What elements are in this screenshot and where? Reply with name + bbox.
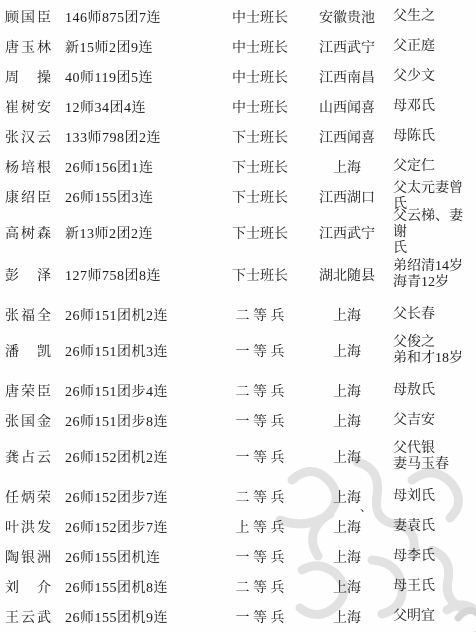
rank-cell: 二 等 兵 [215, 381, 305, 401]
table-row: 刘 介 26师155团机8连 二 等 兵 上海 母王氏 [0, 572, 476, 602]
place-cell: 上海 [305, 411, 389, 431]
table-row: 康绍臣 26师155团3连 下士班长 江西湖口 父太元妻曾氏 [0, 182, 476, 212]
name-cell: 周 操 [0, 67, 65, 87]
name-cell: 杨培根 [0, 157, 65, 177]
rank-cell: 下士班长 [215, 127, 305, 147]
family-cell: 父长春 [389, 307, 476, 323]
rank-cell: 上 等 兵 [215, 517, 305, 537]
rank-cell: 中士班长 [215, 67, 305, 87]
place-cell: 上海 [305, 547, 389, 567]
family-cell: 母李氏 [389, 549, 476, 565]
table-row: 杨培根 26师156团1连 下士班长 上海 父定仁 [0, 152, 476, 182]
table-row: 王云武 26师155团机9连 一 等 兵 上海 父明宜 [0, 602, 476, 632]
casualty-table: 顾国臣 146师875团7连 中士班长 安徽贵池 父生之 唐玉林 新15师2团9… [0, 0, 476, 632]
table-row: 顾国臣 146师875团7连 中士班长 安徽贵池 父生之 [0, 2, 476, 32]
place-cell: 上海 [305, 607, 389, 627]
unit-cell: 26师155团3连 [65, 187, 215, 207]
unit-cell: 133师798团2连 [65, 127, 215, 147]
table-row: 唐荣臣 26师151团步4连 二 等 兵 上海 母敖氏 [0, 376, 476, 406]
name-cell: 任炳荣 [0, 487, 65, 507]
unit-cell: 26师151团步4连 [65, 381, 215, 401]
name-cell: 潘 凯 [0, 341, 65, 361]
unit-cell: 26师151团步8连 [65, 411, 215, 431]
name-cell: 唐荣臣 [0, 381, 65, 401]
name-cell: 陶银洲 [0, 547, 65, 567]
rank-cell: 一 等 兵 [215, 447, 305, 467]
table-row: 陶银洲 26师155团机连 一 等 兵 上海 母李氏 [0, 542, 476, 572]
place-cell: 上海 [305, 447, 389, 467]
family-cell: 父生之 [389, 9, 476, 25]
unit-cell: 40师119团5连 [65, 67, 215, 87]
place-cell: 江西武宁 [305, 223, 389, 243]
unit-cell: 26师155团机连 [65, 547, 215, 567]
family-cell: 父云梯、妻谢 氏 [389, 209, 476, 257]
unit-cell: 26师152团机2连 [65, 447, 215, 467]
family-cell: 母敖氏 [389, 383, 476, 399]
table-row: 潘 凯 26师151团机3连 一 等 兵 上海 父俊之 弟和才18岁 [0, 330, 476, 372]
rank-cell: 一 等 兵 [215, 341, 305, 361]
rank-cell: 下士班长 [215, 265, 305, 285]
place-cell: 上海 [305, 577, 389, 597]
rank-cell: 一 等 兵 [215, 411, 305, 431]
place-cell: 江西南昌 [305, 67, 389, 87]
family-cell: 父明宜 [389, 609, 476, 625]
name-cell: 张国金 [0, 411, 65, 431]
scanned-roster-page: 、 顾国臣 146师875团7连 中士班长 安徽贵池 父生之 唐玉林 新15师2… [0, 0, 476, 632]
unit-cell: 12师34团4连 [65, 97, 215, 117]
table-row: 周 操 40师119团5连 中士班长 江西南昌 父少文 [0, 62, 476, 92]
place-cell: 安徽贵池 [305, 7, 389, 27]
unit-cell: 新15师2团9连 [65, 37, 215, 57]
rank-cell: 二 等 兵 [215, 487, 305, 507]
family-cell: 母刘氏 [389, 489, 476, 505]
family-cell: 父吉安 [389, 413, 476, 429]
unit-cell: 新13师2团2连 [65, 223, 215, 243]
unit-cell: 26师152团步7连 [65, 487, 215, 507]
name-cell: 刘 介 [0, 577, 65, 597]
rank-cell: 一 等 兵 [215, 607, 305, 627]
name-cell: 龚占云 [0, 447, 65, 467]
table-row: 彭 泽 127师758团8连 下士班长 湖北随县 弟绍清14岁 海青12岁 [0, 254, 476, 296]
table-row: 张国金 26师151团步8连 一 等 兵 上海 父吉安 [0, 406, 476, 436]
place-cell: 江西湖口 [305, 187, 389, 207]
rank-cell: 中士班长 [215, 7, 305, 27]
rank-cell: 下士班长 [215, 223, 305, 243]
unit-cell: 26师156团1连 [65, 157, 215, 177]
name-cell: 彭 泽 [0, 265, 65, 285]
rank-cell: 二 等 兵 [215, 305, 305, 325]
rank-cell: 下士班长 [215, 187, 305, 207]
table-row: 龚占云 26师152团机2连 一 等 兵 上海 父代银 妻马玉春 [0, 436, 476, 478]
family-cell: 母邓氏 [389, 99, 476, 115]
name-cell: 康绍臣 [0, 187, 65, 207]
family-cell: 母陈氏 [389, 129, 476, 145]
unit-cell: 26师155团机8连 [65, 577, 215, 597]
unit-cell: 127师758团8连 [65, 265, 215, 285]
unit-cell: 146师875团7连 [65, 7, 215, 27]
place-cell: 湖北随县 [305, 265, 389, 285]
rank-cell: 二 等 兵 [215, 577, 305, 597]
table-row: 张福全 26师151团机2连 二 等 兵 上海 父长春 [0, 300, 476, 330]
place-cell: 江西武宁 [305, 37, 389, 57]
name-cell: 叶洪发 [0, 517, 65, 537]
place-cell: 上海 [305, 487, 389, 507]
name-cell: 王云武 [0, 607, 65, 627]
place-cell: 上海 [305, 157, 389, 177]
family-cell: 父少文 [389, 69, 476, 85]
table-row: 叶洪发 26师152团步7连 上 等 兵 上海 妻袁氏 [0, 512, 476, 542]
family-cell: 父俊之 弟和才18岁 [389, 335, 476, 367]
name-cell: 顾国臣 [0, 7, 65, 27]
rank-cell: 一 等 兵 [215, 547, 305, 567]
name-cell: 张汉云 [0, 127, 65, 147]
place-cell: 江西闻喜 [305, 127, 389, 147]
place-cell: 上海 [305, 381, 389, 401]
family-cell: 弟绍清14岁 海青12岁 [389, 259, 476, 291]
rank-cell: 下士班长 [215, 157, 305, 177]
place-cell: 上海 [305, 305, 389, 325]
family-cell: 母王氏 [389, 579, 476, 595]
table-row: 唐玉林 新15师2团9连 中士班长 江西武宁 父正庭 [0, 32, 476, 62]
rank-cell: 中士班长 [215, 97, 305, 117]
unit-cell: 26师155团机9连 [65, 607, 215, 627]
name-cell: 高树森 [0, 223, 65, 243]
place-cell: 上海 [305, 341, 389, 361]
unit-cell: 26师151团机2连 [65, 305, 215, 325]
place-cell: 山西闻喜 [305, 97, 389, 117]
family-cell: 父代银 妻马玉春 [389, 441, 476, 473]
table-row: 崔树安 12师34团4连 中士班长 山西闻喜 母邓氏 [0, 92, 476, 122]
rank-cell: 中士班长 [215, 37, 305, 57]
name-cell: 崔树安 [0, 97, 65, 117]
table-row: 任炳荣 26师152团步7连 二 等 兵 上海 母刘氏 [0, 482, 476, 512]
family-cell: 妻袁氏 [389, 519, 476, 535]
place-cell: 上海 [305, 517, 389, 537]
name-cell: 唐玉林 [0, 37, 65, 57]
table-row: 高树森 新13师2团2连 下士班长 江西武宁 父云梯、妻谢 氏 [0, 212, 476, 254]
name-cell: 张福全 [0, 305, 65, 325]
family-cell: 父正庭 [389, 39, 476, 55]
family-cell: 父定仁 [389, 159, 476, 175]
unit-cell: 26师151团机3连 [65, 341, 215, 361]
table-row: 张汉云 133师798团2连 下士班长 江西闻喜 母陈氏 [0, 122, 476, 152]
unit-cell: 26师152团步7连 [65, 517, 215, 537]
